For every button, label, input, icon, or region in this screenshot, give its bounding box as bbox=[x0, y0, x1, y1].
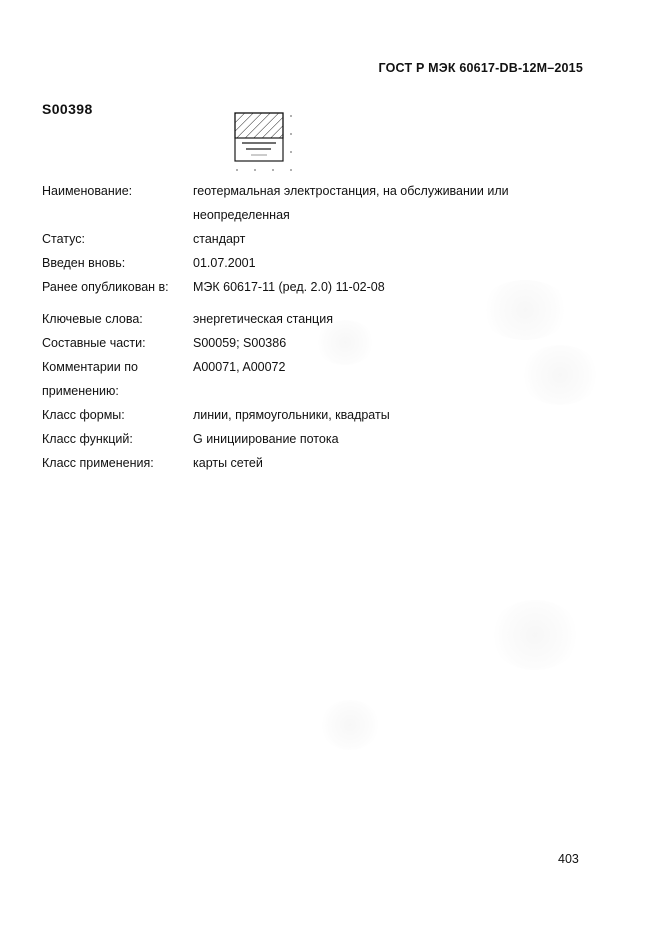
field-value: МЭК 60617-11 (ред. 2.0) 11-02-08 bbox=[193, 275, 385, 299]
table-row: Введен вновь: 01.07.2001 bbox=[42, 251, 587, 275]
table-row: Класс применения: карты сетей bbox=[42, 451, 587, 475]
field-label: Наименование: bbox=[42, 179, 193, 203]
field-label: Ранее опубликован в: bbox=[42, 275, 193, 299]
field-value: энергетическая станция bbox=[193, 307, 333, 331]
symbol-id: S00398 bbox=[42, 101, 93, 117]
field-label: Составные части: bbox=[42, 331, 193, 355]
table-row: Составные части: S00059; S00386 bbox=[42, 331, 587, 355]
symbol-hatched-area bbox=[235, 113, 283, 138]
table-row: Класс формы: линии, прямоугольники, квад… bbox=[42, 403, 587, 427]
table-row: Комментарии по применению: A00071, A0007… bbox=[42, 355, 587, 403]
field-label: Класс применения: bbox=[42, 451, 193, 475]
field-value: 01.07.2001 bbox=[193, 251, 256, 275]
field-label: Ключевые слова: bbox=[42, 307, 193, 331]
field-value: геотермальная электростанция, на обслужи… bbox=[193, 179, 509, 227]
field-value: G инициирование потока bbox=[193, 427, 339, 451]
field-label: Комментарии по применению: bbox=[42, 355, 193, 403]
field-value: A00071, A00072 bbox=[193, 355, 285, 379]
geothermal-power-station-symbol-icon bbox=[218, 97, 302, 181]
scan-artifact bbox=[490, 600, 580, 670]
field-label: Введен вновь: bbox=[42, 251, 193, 275]
table-row: Статус: стандарт bbox=[42, 227, 587, 251]
table-row: Наименование: геотермальная электростанц… bbox=[42, 179, 587, 227]
standard-header-title: ГОСТ Р МЭК 60617-DB-12M–2015 bbox=[378, 61, 583, 75]
field-value: карты сетей bbox=[193, 451, 263, 475]
attributes-table: Наименование: геотермальная электростанц… bbox=[42, 179, 587, 475]
field-label: Класс формы: bbox=[42, 403, 193, 427]
table-row: Ранее опубликован в: МЭК 60617-11 (ред. … bbox=[42, 275, 587, 299]
table-row: Класс функций: G инициирование потока bbox=[42, 427, 587, 451]
field-value: стандарт bbox=[193, 227, 245, 251]
table-row: Ключевые слова: энергетическая станция bbox=[42, 307, 587, 331]
page-number: 403 bbox=[558, 852, 579, 866]
field-label: Класс функций: bbox=[42, 427, 193, 451]
scan-artifact bbox=[320, 700, 380, 750]
field-label: Статус: bbox=[42, 227, 193, 251]
symbol-drawing bbox=[218, 97, 302, 181]
field-value: линии, прямоугольники, квадраты bbox=[193, 403, 390, 427]
group-spacer bbox=[42, 299, 587, 307]
document-page: ГОСТ Р МЭК 60617-DB-12M–2015 S00398 bbox=[0, 0, 661, 936]
field-value: S00059; S00386 bbox=[193, 331, 286, 355]
